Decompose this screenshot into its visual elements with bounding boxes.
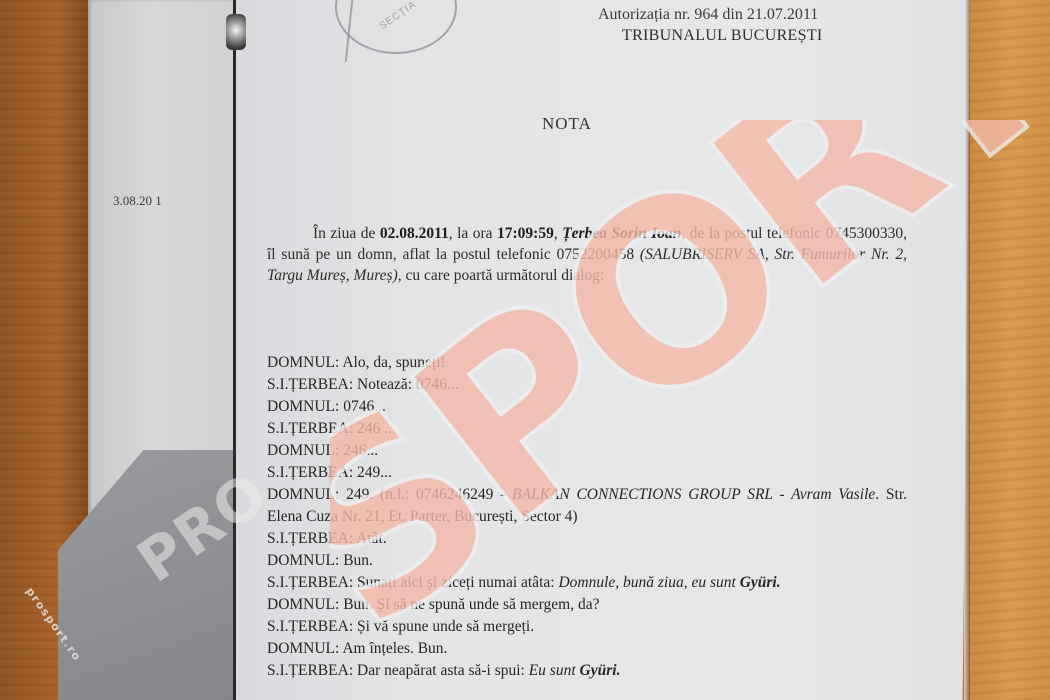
dialog-line: DOMNUL: Bun. — [267, 550, 907, 572]
utterance-bold-italic: Gyüri. — [580, 662, 621, 679]
utterance: Bun. — [343, 552, 373, 569]
separator: : — [335, 596, 343, 613]
separator: : — [349, 420, 357, 437]
speaker-label: DOMNUL — [267, 552, 335, 569]
intro-paragraph: În ziua de 02.08.2011, la ora 17:09:59, … — [267, 223, 907, 286]
separator: : — [335, 398, 343, 415]
speaker-label: S.I.ȚERBEA — [267, 530, 349, 547]
dialog-line: DOMNUL: 246... — [267, 440, 907, 462]
dialog-line: DOMNUL: Am înțeles. Bun. — [267, 638, 907, 660]
dialog-line: S.I.ȚERBEA: Și vă spune unde să mergeți. — [267, 616, 907, 638]
utterance: Atât. — [356, 530, 387, 547]
utterance-italic: BALKAN CONNECTIONS GROUP SRL - Avram Vas… — [512, 486, 875, 503]
dialog-line: S.I.ȚERBEA: 249... — [267, 462, 907, 484]
utterance-italic: Domnule, bună ziua, eu sunt — [558, 574, 739, 591]
utterance: Dar neapărat asta să-i spui: — [357, 662, 529, 679]
utterance: 249. (n.l.: 0746246249 - — [346, 486, 512, 503]
speaker-label: S.I.ȚERBEA — [267, 420, 349, 437]
speaker-label: S.I.ȚERBEA — [267, 464, 349, 481]
speaker-label: S.I.ȚERBEA — [267, 376, 349, 393]
staple-icon — [226, 14, 246, 50]
separator: : — [335, 486, 346, 503]
speaker-label: DOMNUL — [267, 640, 335, 657]
sheet-edge — [964, 0, 970, 700]
dialog-line: DOMNUL: Alo, da, spuneți! — [267, 352, 907, 374]
utterance: Am înțeles. Bun. — [342, 640, 447, 657]
speaker-label: S.I.ȚERBEA — [267, 662, 349, 679]
margin-date: 3.08.20 1 — [113, 193, 162, 209]
dialog-transcript: DOMNUL: Alo, da, spuneți!S.I.ȚERBEA: Not… — [267, 352, 907, 682]
caller-name: Țerbea Sorin Ioan — [562, 225, 681, 242]
wood-table-right — [970, 0, 1050, 700]
separator: : — [349, 464, 357, 481]
speaker-label: DOMNUL — [267, 442, 335, 459]
separator: : — [349, 574, 357, 591]
utterance-italic: Eu sunt — [529, 662, 580, 679]
utterance: Sunați aici și ziceți numai atâta: — [357, 574, 558, 591]
call-time: 17:09:59 — [497, 225, 554, 242]
dialog-line: DOMNUL: 249. (n.l.: 0746246249 - BALKAN … — [267, 484, 907, 528]
dialog-line: S.I.ȚERBEA: Notează: 0746... — [267, 374, 907, 396]
speaker-label: DOMNUL — [267, 354, 335, 371]
utterance: Și vă spune unde să mergeți. — [357, 618, 534, 635]
speaker-label: S.I.ȚERBEA — [267, 574, 349, 591]
dialog-line: S.I.ȚERBEA: Dar neapărat asta să-i spui:… — [267, 660, 907, 682]
speaker-label: DOMNUL — [267, 486, 335, 503]
speaker-label: S.I.ȚERBEA — [267, 618, 349, 635]
court-name: TRIBUNALUL BUCUREȘTI — [622, 27, 823, 45]
separator: : — [349, 662, 357, 679]
separator: : — [335, 442, 343, 459]
speaker-label: DOMNUL — [267, 398, 335, 415]
dialog-line: S.I.ȚERBEA: 246 .. — [267, 418, 907, 440]
call-date: 02.08.2011 — [380, 225, 449, 242]
stamp-text: SECȚIA — [378, 0, 419, 32]
authorization-line: Autorizația nr. 964 din 21.07.2011 — [598, 6, 818, 24]
utterance-bold-italic: Gyüri. — [740, 574, 781, 591]
dialog-line: DOMNUL: Bun. Și să ne spună unde să merg… — [267, 594, 907, 616]
utterance: Bun. Și să ne spună unde să mergem, da? — [343, 596, 599, 613]
utterance: 0746... — [343, 398, 386, 415]
separator: : — [335, 552, 343, 569]
speaker-label: DOMNUL — [267, 596, 335, 613]
separator: : — [349, 376, 357, 393]
dialog-line: DOMNUL: 0746... — [267, 396, 907, 418]
utterance: 249... — [357, 464, 392, 481]
utterance: 246 .. — [357, 420, 392, 437]
dialog-line: S.I.ȚERBEA: Sunați aici și ziceți numai … — [267, 572, 907, 594]
utterance: Notează: 0746... — [357, 376, 459, 393]
binder-spine-line — [233, 0, 236, 700]
separator: : — [349, 618, 357, 635]
utterance: 246... — [343, 442, 378, 459]
document-title: NOTA — [542, 114, 592, 134]
utterance: Alo, da, spuneți! — [342, 354, 445, 371]
dialog-line: S.I.ȚERBEA: Atât. — [267, 528, 907, 550]
